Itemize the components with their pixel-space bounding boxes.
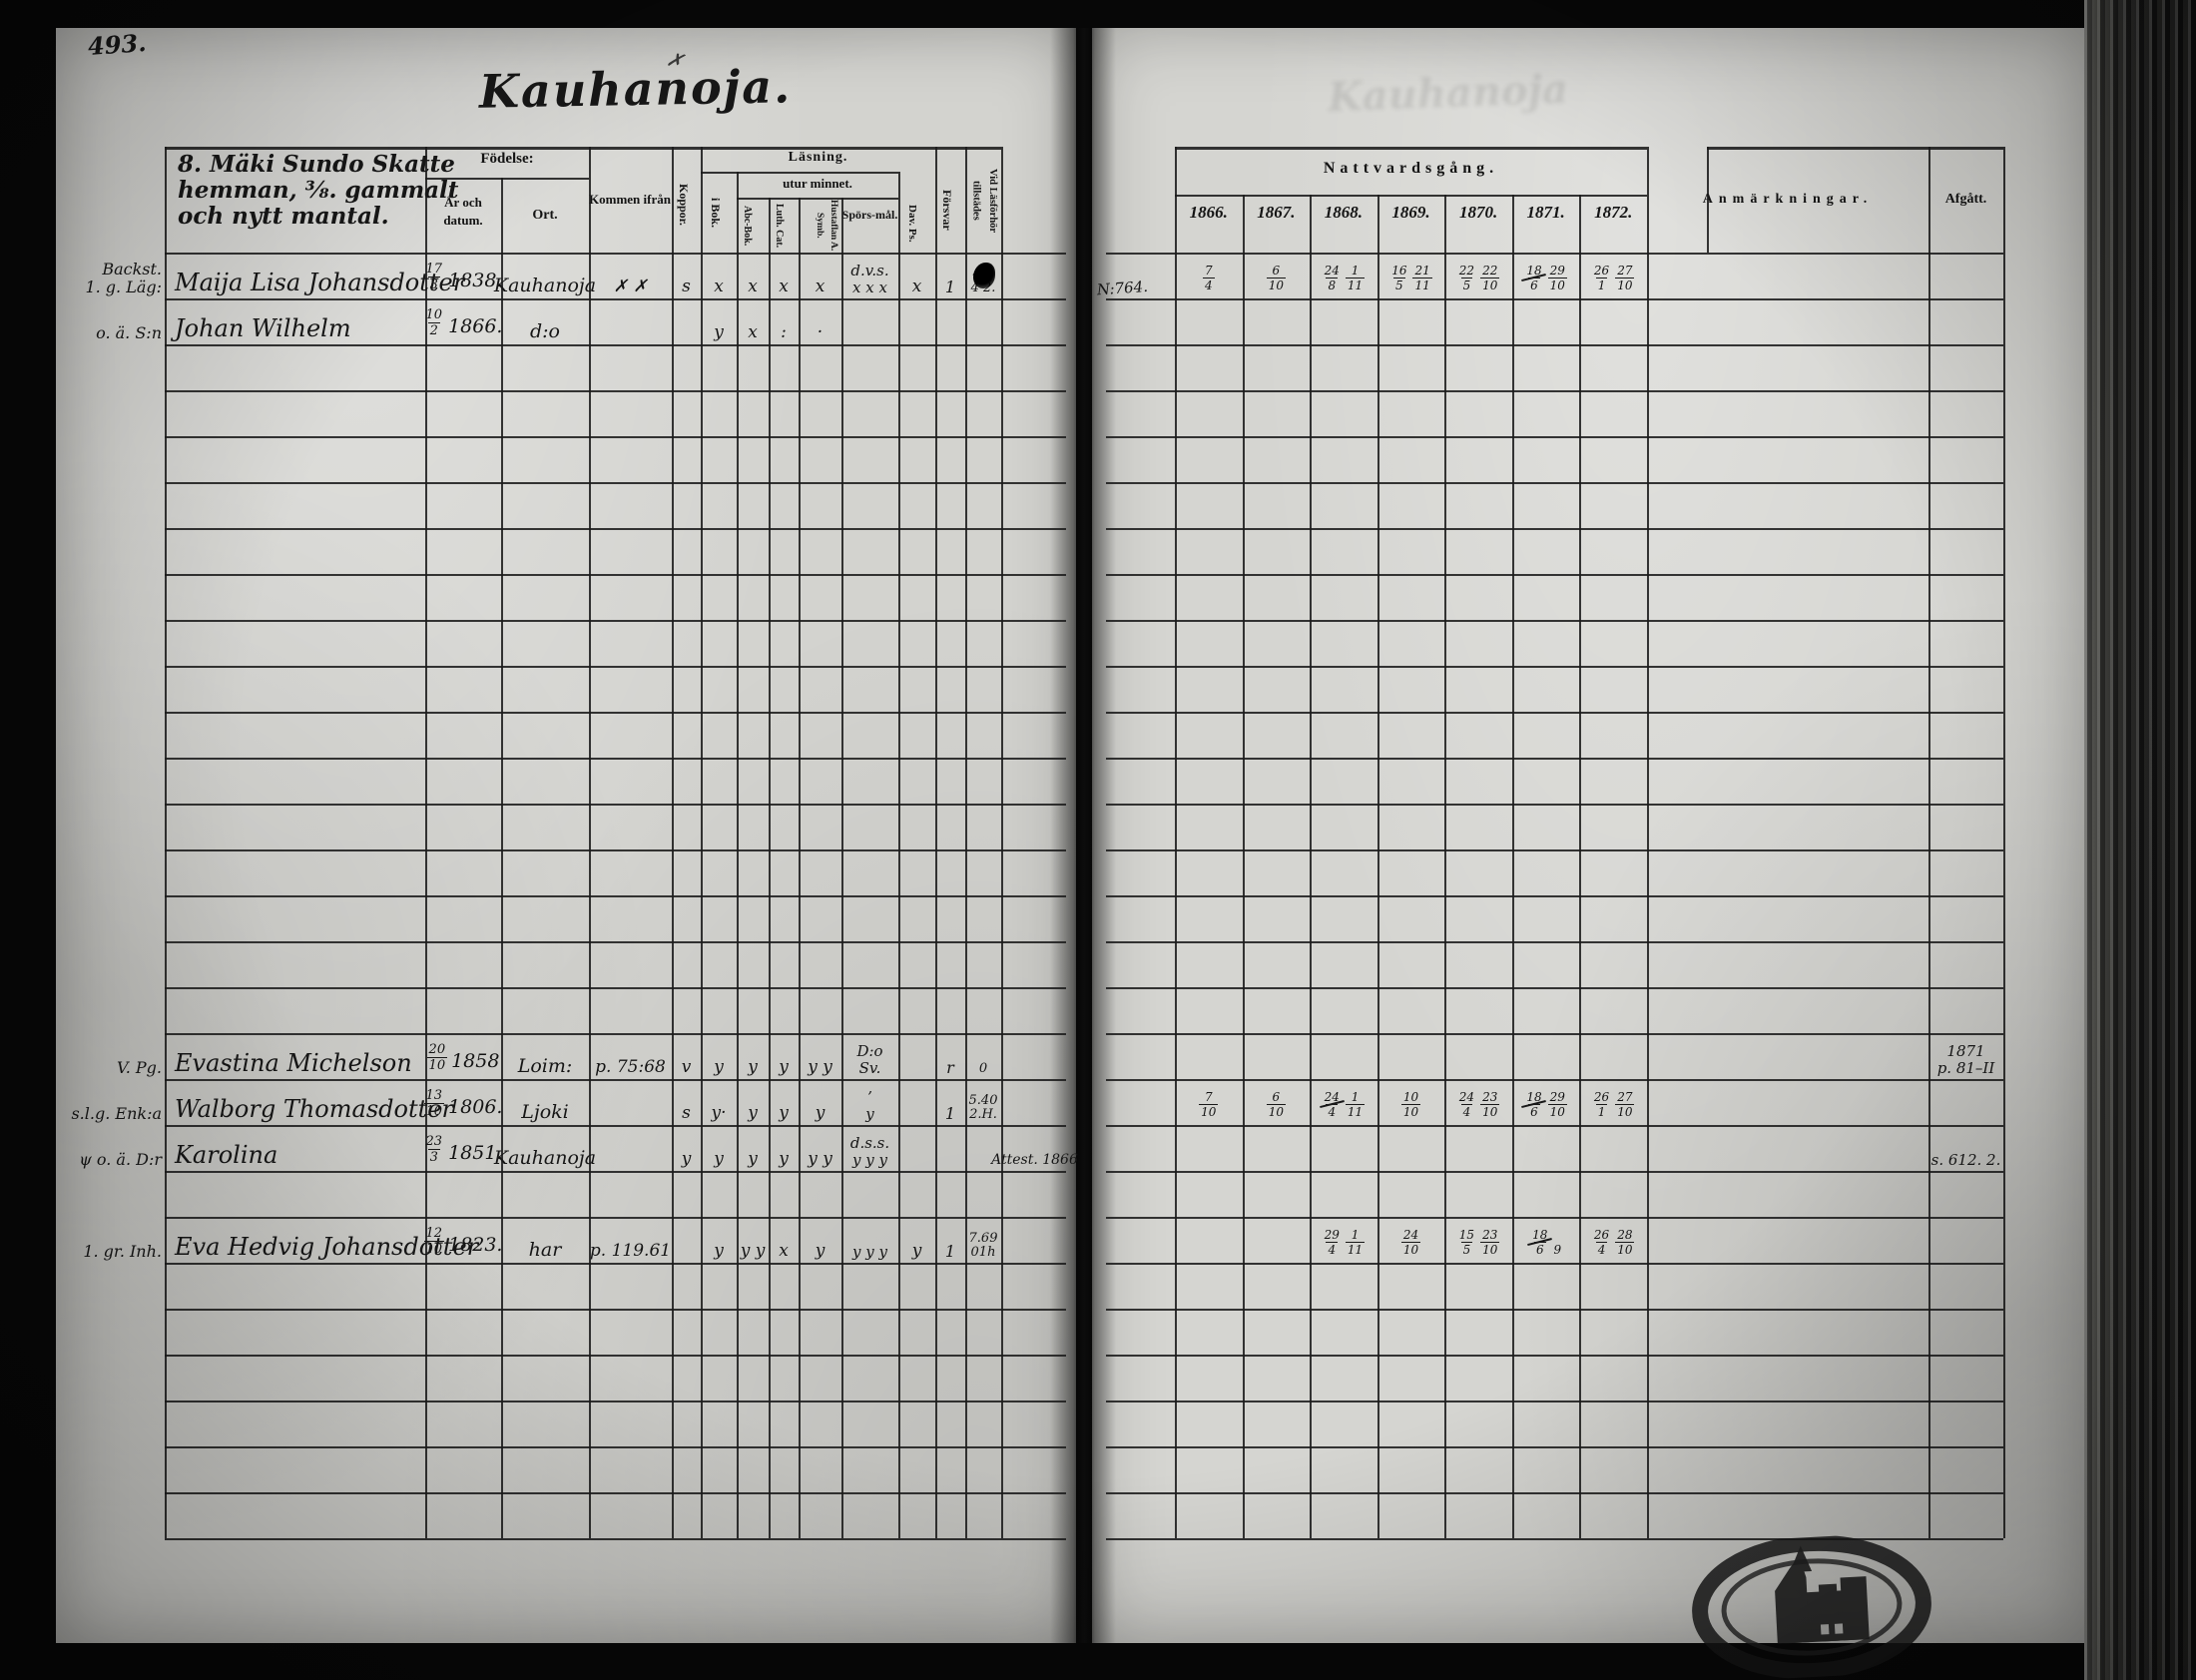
birth-date: 13101806. [427,1080,499,1123]
grid-line [2003,147,2005,1538]
date-fraction: 165 [1389,265,1408,291]
record-koppor: v [672,1034,701,1077]
grid-line [1106,344,2003,346]
date-fraction: 294 [1323,1229,1342,1256]
grid-line [1175,147,1177,1538]
grid-line [165,1309,1066,1311]
grid-line [1106,895,2003,897]
date-fraction: 261 [1592,1091,1611,1118]
handwritten-line: y [779,1150,789,1169]
record-sporsmal: d.v.s.x x x [841,254,898,296]
margin-note: s.l.g. Enk:a [58,1080,162,1123]
margin-note: o. ä. S:n [58,299,162,342]
handwritten-line: : [781,323,787,342]
date-fraction: 2810 [1615,1229,1634,1256]
birth-year: 1866. [448,315,502,337]
date-fraction: 610 [1267,265,1286,291]
handwritten-line: x [816,278,825,296]
grid-line [1106,298,2003,300]
farm-header: 8. Mäki Sundo Skatte hemman, ⅜. gammalt … [178,152,427,229]
reading-mark: y [799,1218,841,1261]
communion-entry: 2612710 [1579,254,1647,296]
grid-line [501,178,503,1538]
record-kommen: ✗ ✗ [589,254,672,296]
date-fraction: 610 [1267,1091,1286,1118]
record-tillstades: 7.6901h [965,1218,1001,1261]
record-number: N:764. [1095,252,1168,299]
grid-line [165,804,1066,806]
farm-header-line: 8. Mäki Sundo Skatte [178,152,427,178]
handwritten-line: 1871 [1946,1043,1984,1060]
handwritten-line: s. 612. 2. [1931,1152,2001,1169]
reading-mark: y [737,1034,769,1077]
grid-line [165,620,1066,622]
reading-mark: y [799,1080,841,1123]
header-kommen-ifran: Kommen ifrån [587,192,673,208]
grid-line [165,1263,1066,1265]
handwritten-line: y [779,1104,789,1123]
handwritten-line: Walborg Thomasdotter [175,1096,453,1123]
date-fraction: 2410 [1401,1229,1420,1256]
grid-line [165,344,1066,346]
handwritten-line: y y y [852,1244,887,1261]
grid-line [1106,620,2003,622]
grid-line [1512,195,1514,1538]
date-fraction: 102 [424,308,445,337]
handwritten-line: 1. g. Läg: [85,279,162,296]
header-vid-lasforhor: Vid Läsförhör tillstädes [967,151,1000,251]
date-fraction: 244 [1457,1091,1476,1118]
scanned-ledger-photo: 493. Kauhanoja. Kauhanoja ✗ Födelse: År … [0,0,2196,1680]
handwritten-line: Attest. 1866 [991,1153,1078,1169]
date-fraction: 248 [1323,265,1342,291]
grid-line [1928,147,1930,1538]
date-fraction: 2210 [1480,265,1499,291]
handwritten-line: d.v.s. [850,263,888,280]
record-ort: d:o [501,299,589,342]
handwritten-line: d:o [530,321,560,342]
record-ort: Loim: [501,1034,589,1077]
grid-line [425,147,427,1538]
grid-line [1106,849,2003,851]
handwritten-line: Ljoki [521,1102,569,1123]
handwritten-line: Kauhanoja [494,276,596,296]
communion-entry: 294111 [1310,1218,1377,1261]
date-fraction: 2910 [1548,1091,1567,1118]
handwritten-line: y· [711,1104,726,1123]
grid-line [1106,987,2003,989]
grid-line [165,1171,1066,1173]
handwritten-line: v [682,1058,692,1077]
communion-entry: 2410 [1377,1218,1445,1261]
handwritten-line: N:764. [1096,279,1148,298]
header-forsvar: Försvar [939,170,954,250]
record-sporsmal: d.s.s.y y y [841,1126,898,1169]
handwritten-line: x [779,1242,789,1261]
communion-entry: 2612710 [1579,1080,1647,1123]
record-sporsmal: ’y [841,1080,898,1123]
grid-line [1106,574,2003,576]
grid-line [1310,195,1312,1538]
grid-line [165,712,1066,714]
grid-line [935,147,937,1538]
handwritten-line: Maija Lisa Johansdotter [175,270,464,296]
grid-line [1444,195,1446,1538]
date-fraction: 111 [1346,265,1365,291]
birth-date: 1021866. [427,299,499,342]
grid-line [1106,1355,2003,1357]
date-fraction: 74 [1203,265,1215,291]
grid-line [425,178,589,180]
handwritten-line: p. 75:68 [595,1058,666,1077]
grid-line [1106,941,2003,943]
record-ort: Kauhanoja [501,1126,589,1169]
grid-line [841,198,843,1538]
date-fraction: 111 [1346,1091,1365,1118]
date-fraction: 111 [1346,1229,1365,1256]
handwritten-line: y [748,1104,758,1123]
farm-header-line: och nytt mantal. [178,204,427,230]
reading-mark: y y [737,1218,769,1261]
year-label: 1869. [1377,203,1445,223]
grid-line [165,987,1066,989]
record-forsvar: 1 [935,1218,965,1261]
grid-line [165,1492,1066,1494]
handwritten-line: 7.69 [969,1232,998,1247]
grid-line [165,666,1066,668]
grid-line [1106,528,2003,530]
grid-line [701,172,898,174]
year-label: 1871. [1512,203,1580,223]
handwritten-line: y [714,1150,724,1169]
grid-line [701,147,703,1538]
record-name: Karolina [169,1126,421,1169]
year-label: 1872. [1579,203,1647,223]
record-sporsmal: D:oSv. [841,1034,898,1077]
year-label: 1870. [1444,203,1512,223]
year-label: 1867. [1243,203,1311,223]
grid-line [737,172,739,1538]
header-ort: Ort. [501,208,589,224]
date-fraction: 173 [424,263,445,291]
header-koppor: Koppor. [676,162,691,248]
handwritten-line: x [748,323,758,342]
communion-entry: 710 [1175,1080,1243,1123]
record-ort: Ljoki [501,1080,589,1123]
grid-line [165,758,1066,760]
handwritten-line: V. Pg. [117,1059,162,1077]
reading-mark: : [769,299,799,342]
margin-note: V. Pg. [58,1034,162,1077]
record-ort: Kauhanoja [501,254,589,296]
grid-line [589,147,591,1538]
record-afgatt: s. 612. 2. [1930,1126,2001,1169]
reading-mark: y [769,1126,799,1169]
record-kommen: p. 75:68 [589,1034,672,1077]
handwritten-line: s.l.g. Enk:a [71,1105,162,1123]
reading-mark: x [799,254,841,296]
grid-line [1106,1033,2003,1035]
communion-entry: 610 [1243,254,1311,296]
handwritten-line: y [748,1150,758,1169]
reading-mark: y [737,1126,769,1169]
handwritten-line: x [748,278,758,296]
handwritten-line: x x x [852,280,887,296]
grid-line [1106,390,2003,392]
year-label: 1868. [1310,203,1377,223]
header-nattvardsgang: Nattvardsgång. [1175,160,1647,178]
handwritten-line: y [748,1058,758,1077]
margin-note: Backst.1. g. Läg: [58,254,162,296]
margin-note: ψ o. ä. D:r [58,1126,162,1169]
record-forsvar: r [935,1034,965,1077]
handwritten-line: Karolina [175,1142,277,1169]
record-forsvar: 1 [935,254,965,296]
birth-date: 2331851. [427,1126,499,1169]
grid-line [1106,1309,2003,1311]
handwritten-line: x [912,278,922,296]
date-fraction: 225 [1457,265,1476,291]
grid-line [1377,195,1379,1538]
birth-year: 1858 [451,1050,499,1072]
communion-entry: 610 [1243,1080,1311,1123]
birth-date: 20101858 [427,1034,499,1077]
communion-entry: 1869 [1512,1218,1580,1261]
reading-mark: x [769,1218,799,1261]
handwritten-line: 01h [971,1246,996,1261]
date-fraction: 244 [1323,1091,1342,1118]
archive-stamp-icon [1689,1531,1935,1680]
reading-mark: y [737,1080,769,1123]
handwritten-line: p. 81–II [1937,1060,1995,1077]
grid-line [165,1446,1066,1448]
date-fraction: 2310 [1480,1091,1499,1118]
header-sporsmal: Spörs-mål. [841,206,898,224]
handwritten-line: y [912,1242,922,1261]
date-fraction: 2710 [1615,1091,1634,1118]
header-abc-bok: Abc-Bok. [742,201,753,252]
grid-line [165,849,1066,851]
communion-entry: 244111 [1310,1080,1377,1123]
attest-note: Attest. 1866 [1003,1126,1066,1169]
grid-line [1106,1446,2003,1448]
grid-line [165,574,1066,576]
handwritten-line: Sv. [859,1060,881,1077]
date-fraction: 233 [424,1135,445,1164]
handwritten-line: y y [741,1242,766,1261]
handwritten-line: x [779,278,789,296]
grid-line [165,147,1001,150]
date-fraction: 264 [1592,1229,1611,1256]
communion-entry: 1862910 [1512,254,1580,296]
grid-line [1106,1492,2003,1494]
grid-line [1106,482,2003,484]
handwritten-line: y [816,1242,825,1261]
date-fraction: 186 [1524,265,1543,291]
date-fraction: 2310 [1480,1229,1499,1256]
handwritten-line: Evastina Michelson [175,1050,412,1077]
grid-line [165,1400,1066,1402]
header-afgatt: Afgått. [1928,192,2003,208]
record-koppor: s [672,1080,701,1123]
grid-line [898,172,900,1538]
grid-line [165,482,1066,484]
handwritten-line: · [818,323,823,342]
handwritten-line: ψ o. ä. D:r [79,1151,162,1169]
record-tillstades: 5.402.H. [965,1080,1001,1123]
handwritten-line: 0 [979,1062,987,1077]
handwritten-line: x [714,278,724,296]
record-name: Eva Hedvig Johansdotter [169,1218,421,1261]
grid-line [165,147,167,1538]
grid-line [1106,758,2003,760]
communion-entry: 1862910 [1512,1080,1580,1123]
grid-line [165,941,1066,943]
grid-line [769,198,771,1538]
grid-line [1579,195,1581,1538]
communion-entry: 1010 [1377,1080,1445,1123]
reading-mark: x [769,254,799,296]
reading-mark: y [701,299,737,342]
margin-note: 1. gr. Inh. [58,1218,162,1261]
record-name: Walborg Thomasdotter [169,1080,421,1123]
reading-mark: x [737,299,769,342]
date-fraction: 1210 [424,1227,445,1256]
handwritten-line: 5.40 [969,1094,998,1109]
reading-mark: y [769,1080,799,1123]
handwritten-line: y [714,1058,724,1077]
date-fraction: 261 [1592,265,1611,291]
date-fraction: 186 [1524,1091,1543,1118]
handwritten-line: y [714,1242,724,1261]
handwritten-line: s [682,278,691,296]
grid-line [1106,1400,2003,1402]
birth-date: 1731838. [427,254,499,296]
village-title: Kauhanoja. [479,59,793,118]
grid-line [165,1538,1066,1540]
communion-entry: 74 [1175,254,1243,296]
record-dav-ps: x [898,254,935,296]
handwritten-line: 1 [945,1243,955,1261]
handwritten-line: ’ [867,1089,872,1106]
record-kommen: p. 119.61 [589,1218,672,1261]
birth-year: 1823. [448,1234,502,1256]
birth-date: 12101823. [427,1218,499,1261]
reading-mark: x [701,254,737,296]
communion-entry: 248111 [1310,254,1377,296]
handwritten-line: y y y [852,1152,887,1169]
grid-line [1243,195,1245,1538]
handwritten-line: Kauhanoja [494,1148,596,1169]
grid-line [1001,147,1003,1538]
grid-line [1106,1263,2003,1265]
record-sporsmal: y y y [841,1218,898,1261]
record-ort: har [501,1218,589,1261]
date-fraction: 1310 [424,1089,445,1118]
date-fraction: 9 [1553,1244,1561,1256]
record-dav-ps: y [898,1218,935,1261]
reading-mark: y [769,1034,799,1077]
handwritten-line: y y [808,1150,832,1169]
handwritten-line: 1. gr. Inh. [83,1243,162,1261]
record-koppor: s [672,254,701,296]
reading-mark: y [701,1126,737,1169]
year-label: 1866. [1175,203,1243,223]
grid-line [1106,1171,2003,1173]
date-fraction: 2111 [1412,265,1431,291]
handwritten-line: y [865,1106,873,1123]
reading-mark: y y [799,1034,841,1077]
handwritten-line: r [946,1059,954,1077]
grid-line [165,436,1066,438]
grid-line [165,390,1066,392]
record-tillstades: 0 [965,1034,1001,1077]
record-afgatt: 1871p. 81–II [1930,1034,2001,1077]
handwritten-line: ✗ ✗ [614,278,648,296]
birth-year: 1806. [448,1096,502,1118]
book-fore-edge [2084,0,2196,1680]
handwritten-line: d.s.s. [850,1135,889,1152]
record-koppor: y [672,1126,701,1169]
grid-line [799,198,801,1538]
reading-mark: y· [701,1080,737,1123]
communion-entry: 2252210 [1444,254,1512,296]
handwritten-line: y [816,1104,825,1123]
header-dav-ps: Dav. Ps. [906,197,918,251]
date-fraction: 2910 [1548,265,1567,291]
handwritten-line: D:o [856,1043,882,1060]
bleedthrough-title: Kauhanoja [1327,66,1568,121]
reading-mark: y y [799,1126,841,1169]
header-lasning: Läsning. [701,150,935,166]
grid-line [1647,147,1649,1538]
handwritten-line: s [682,1104,691,1123]
grid-line [1106,436,2003,438]
reading-mark: x [737,254,769,296]
date-fraction: 155 [1457,1229,1476,1256]
reading-mark: · [799,299,841,342]
grid-line [1707,147,1709,253]
grid-line [1175,195,1647,197]
grid-line [1106,666,2003,668]
reading-mark: y [701,1218,737,1261]
handwritten-line: 1 [945,279,955,296]
header-luth-cat: Luth. Cat. [774,201,785,252]
reading-mark: y [701,1034,737,1077]
communion-entry: 1652111 [1377,254,1445,296]
date-fraction: 186 [1530,1229,1549,1256]
communion-entry: 2442310 [1444,1080,1512,1123]
header-hustaflan: Hustaflan A. Symb. [803,200,840,252]
grid-line [737,198,898,200]
record-forsvar: 1 [935,1080,965,1123]
header-utur-minnet: utur minnet. [737,176,898,192]
communion-entry: 1552310 [1444,1218,1512,1261]
handwritten-line: y [714,323,724,342]
grid-line [1106,712,2003,714]
record-name: Maija Lisa Johansdotter [169,254,421,296]
handwritten-line: Loim: [518,1056,573,1077]
record-name: Evastina Michelson [169,1034,421,1077]
farm-header-line: hemman, ⅜. gammalt [178,178,427,204]
handwritten-line: 1 [945,1105,955,1123]
handwritten-line: y [779,1058,789,1077]
grid-line [165,895,1066,897]
handwritten-line: har [529,1240,562,1261]
grid-line [1106,804,2003,806]
page-number: 493. [87,28,147,61]
date-fraction: 710 [1199,1091,1218,1118]
